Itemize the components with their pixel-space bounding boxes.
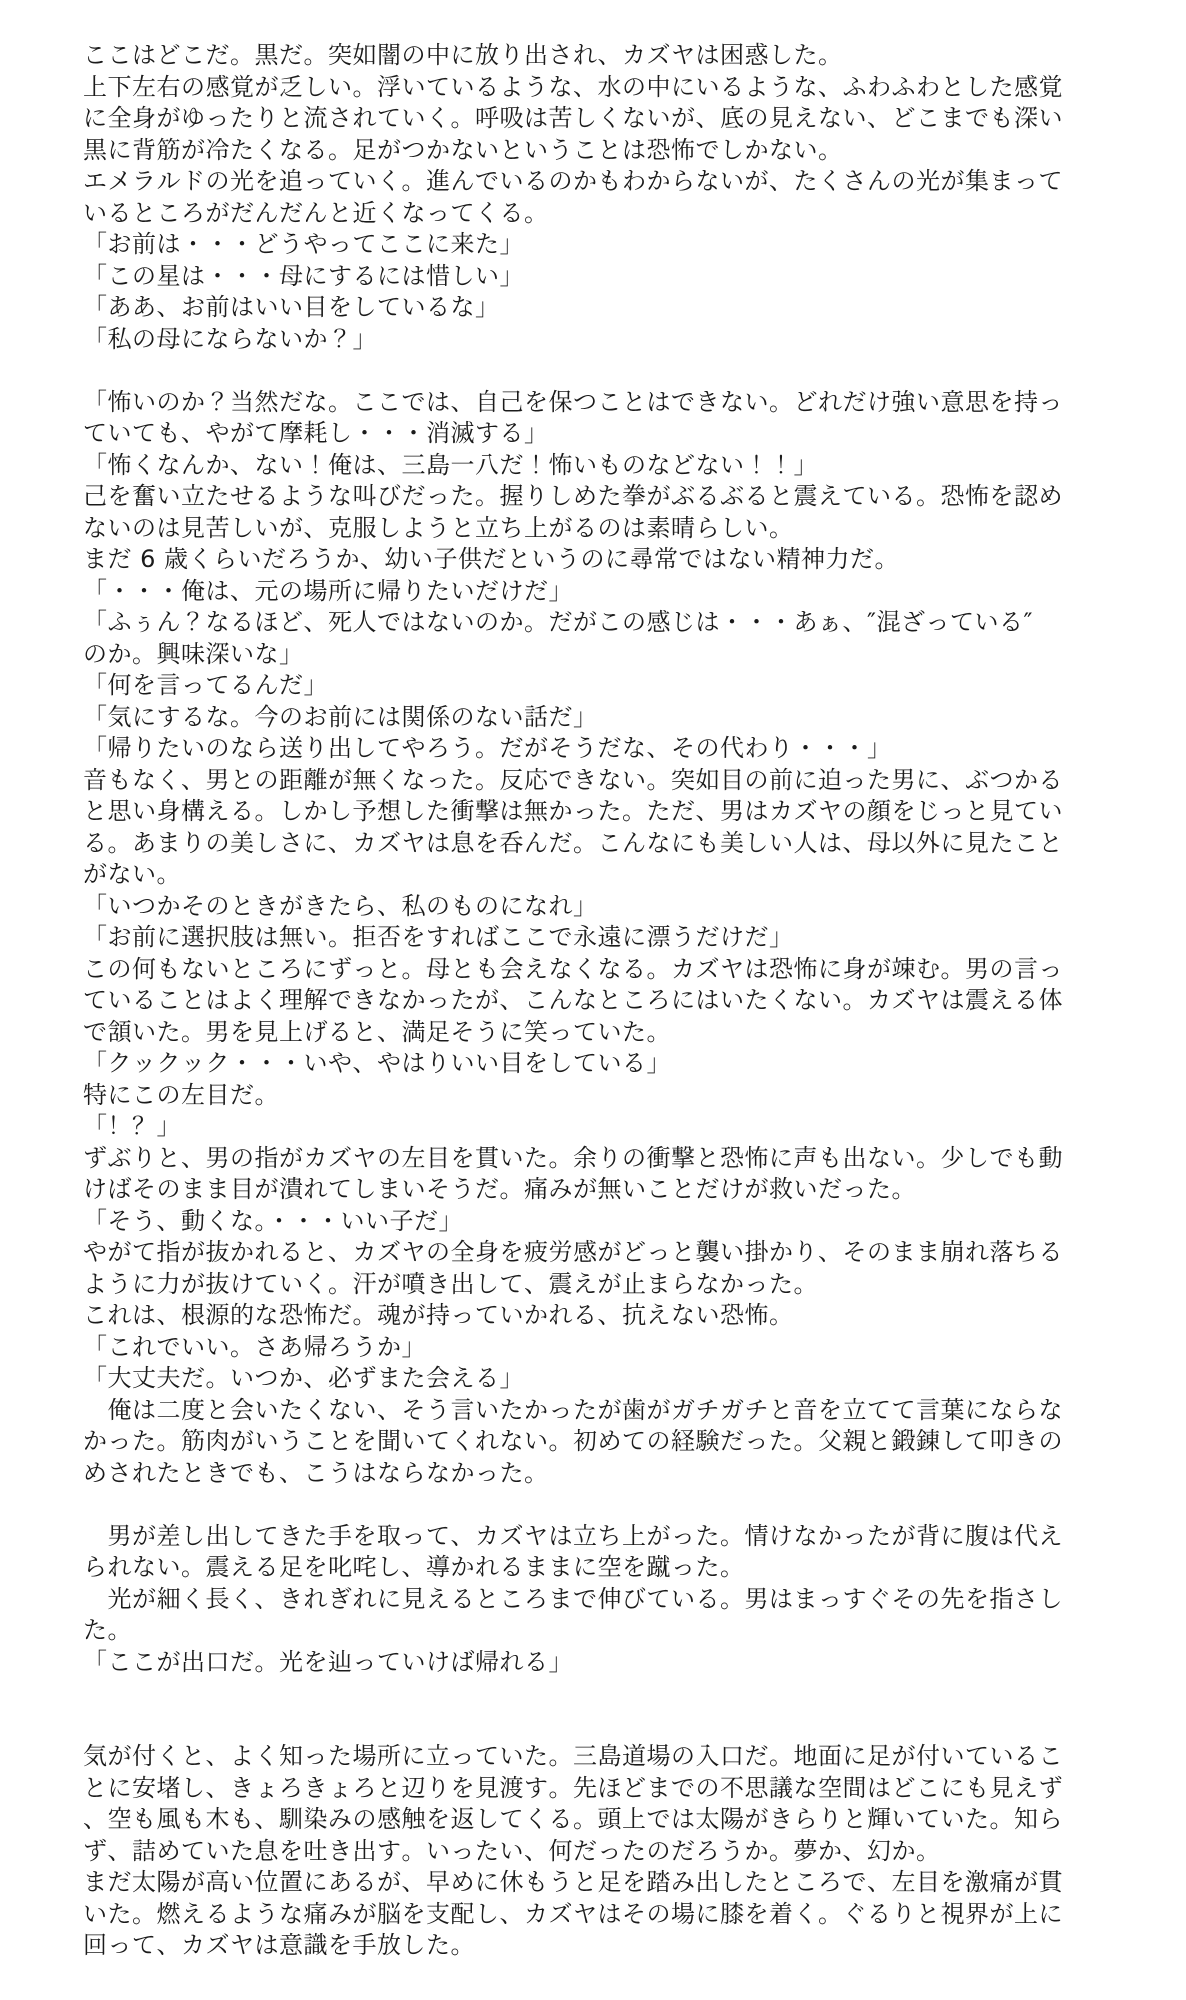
text-line: がない。 <box>83 859 1126 891</box>
text-line <box>83 1678 1126 1710</box>
text-line: まだ太陽が高い位置にあるが、早めに休もうと足を踏み出したところで、左目を激痛が貫 <box>83 1867 1126 1899</box>
text-line: これは、根源的な恐怖だ。魂が持っていかれる、抗えない恐怖。 <box>83 1300 1126 1332</box>
text-line: ここはどこだ。黒だ。突如闇の中に放り出され、カズヤは困惑した。 <box>83 40 1126 72</box>
text-line: 「ここが出口だ。光を辿っていけば帰れる」 <box>83 1647 1126 1679</box>
text-line: 「私の母にならないか？」 <box>83 324 1126 356</box>
text-line: ていても、やがて摩耗し・・・消滅する」 <box>83 418 1126 450</box>
text-line <box>83 1710 1126 1742</box>
text-line: 「クックック・・・いや、やはりいい目をしている」 <box>83 1048 1126 1080</box>
text-line: 「帰りたいのなら送り出してやろう。だがそうだな、その代わり・・・」 <box>83 733 1126 765</box>
text-line: 「何を言ってるんだ」 <box>83 670 1126 702</box>
text-line: 、空も風も木も、馴染みの感触を返してくる。頭上では太陽がきらりと輝いていた。知ら <box>83 1804 1126 1836</box>
text-line: と思い身構える。しかし予想した衝撃は無かった。ただ、男はカズヤの顔をじっと見てい <box>83 796 1126 828</box>
text-line: この何もないところにずっと。母とも会えなくなる。カズヤは恐怖に身が竦む。男の言っ <box>83 954 1126 986</box>
text-line: 己を奮い立たせるような叫びだった。握りしめた拳がぶるぶると震えている。恐怖を認め <box>83 481 1126 513</box>
text-line: 「ああ、お前はいい目をしているな」 <box>83 292 1126 324</box>
text-line: 「これでいい。さあ帰ろうか」 <box>83 1332 1126 1364</box>
text-line: 「・・・俺は、元の場所に帰りたいだけだ」 <box>83 576 1126 608</box>
text-line: 俺は二度と会いたくない、そう言いたかったが歯がガチガチと音を立てて言葉にならな <box>83 1395 1126 1427</box>
text-line: いた。燃えるような痛みが脳を支配し、カズヤはその場に膝を着く。ぐるりと視界が上に <box>83 1899 1126 1931</box>
text-line: まだ 6 歳くらいだろうか、幼い子供だというのに尋常ではない精神力だ。 <box>83 544 1126 576</box>
text-line: 「気にするな。今のお前には関係のない話だ」 <box>83 702 1126 734</box>
text-line: た。 <box>83 1615 1126 1647</box>
text-line: ないのは見苦しいが、克服しようと立ち上がるのは素晴らしい。 <box>83 513 1126 545</box>
text-line: 「ふぅん？なるほど、死人ではないのか。だがこの感じは・・・あぁ、″混ざっている″ <box>83 607 1126 639</box>
text-line: 「お前は・・・どうやってここに来た」 <box>83 229 1126 261</box>
text-line: けばそのまま目が潰れてしまいそうだ。痛みが無いことだけが救いだった。 <box>83 1174 1126 1206</box>
text-line: 回って、カズヤは意識を手放した。 <box>83 1930 1126 1962</box>
text-line: 「この星は・・・母にするには惜しい」 <box>83 261 1126 293</box>
text-line: 光が細く長く、きれぎれに見えるところまで伸びている。男はまっすぐその先を指さし <box>83 1584 1126 1616</box>
text-line: ずぶりと、男の指がカズヤの左目を貫いた。余りの衝撃と恐怖に声も出ない。少しでも動 <box>83 1143 1126 1175</box>
text-line: かった。筋肉がいうことを聞いてくれない。初めての経験だった。父親と鍛錬して叩きの <box>83 1426 1126 1458</box>
text-line: やがて指が抜かれると、カズヤの全身を疲労感がどっと襲い掛かり、そのまま崩れ落ちる <box>83 1237 1126 1269</box>
text-line: めされたときでも、こうはならなかった。 <box>83 1458 1126 1490</box>
text-line: 「怖くなんか、ない！俺は、三島一八だ！怖いものなどない！！」 <box>83 450 1126 482</box>
text-line: 「そう、動くな。・・・いい子だ」 <box>83 1206 1126 1238</box>
text-line: 黒に背筋が冷たくなる。足がつかないということは恐怖でしかない。 <box>83 135 1126 167</box>
text-line: る。あまりの美しさに、カズヤは息を呑んだ。こんなにも美しい人は、母以外に見たこと <box>83 828 1126 860</box>
text-line: ず、詰めていた息を吐き出す。いったい、何だったのだろうか。夢か、幻か。 <box>83 1836 1126 1868</box>
text-line: で頷いた。男を見上げると、満足そうに笑っていた。 <box>83 1017 1126 1049</box>
text-line <box>83 1489 1126 1521</box>
text-line: 音もなく、男との距離が無くなった。反応できない。突如目の前に迫った男に、ぶつかる <box>83 765 1126 797</box>
text-line: 気が付くと、よく知った場所に立っていた。三島道場の入口だ。地面に足が付いているこ <box>83 1741 1126 1773</box>
text-line: 「お前に選択肢は無い。拒否をすればここで永遠に漂うだけだ」 <box>83 922 1126 954</box>
text-line: 「いつかそのときがきたら、私のものになれ」 <box>83 891 1126 923</box>
text-line: られない。震える足を叱咤し、導かれるままに空を蹴った。 <box>83 1552 1126 1584</box>
text-line: に全身がゆったりと流されていく。呼吸は苦しくないが、底の見えない、どこまでも深い <box>83 103 1126 135</box>
text-line: 男が差し出してきた手を取って、カズヤは立ち上がった。情けなかったが背に腹は代え <box>83 1521 1126 1553</box>
text-line: いるところがだんだんと近くなってくる。 <box>83 198 1126 230</box>
document-page: ここはどこだ。黒だ。突如闇の中に放り出され、カズヤは困惑した。上下左右の感覚が乏… <box>0 0 1186 2000</box>
text-line: 「怖いのか？当然だな。ここでは、自己を保つことはできない。どれだけ強い意思を持っ <box>83 387 1126 419</box>
text-line: とに安堵し、きょろきょろと辺りを見渡す。先ほどまでの不思議な空間はどこにも見えず <box>83 1773 1126 1805</box>
text-line: 特にこの左目だ。 <box>83 1080 1126 1112</box>
text-line <box>83 355 1126 387</box>
text-line: ように力が抜けていく。汗が噴き出して、震えが止まらなかった。 <box>83 1269 1126 1301</box>
text-line: 「！？」 <box>83 1111 1126 1143</box>
text-line: ていることはよく理解できなかったが、こんなところにはいたくない。カズヤは震える体 <box>83 985 1126 1017</box>
text-line: 上下左右の感覚が乏しい。浮いているような、水の中にいるような、ふわふわとした感覚 <box>83 72 1126 104</box>
text-line: のか。興味深いな」 <box>83 639 1126 671</box>
text-content: ここはどこだ。黒だ。突如闇の中に放り出され、カズヤは困惑した。上下左右の感覚が乏… <box>83 40 1126 1962</box>
text-line: エメラルドの光を追っていく。進んでいるのかもわからないが、たくさんの光が集まって <box>83 166 1126 198</box>
text-line: 「大丈夫だ。いつか、必ずまた会える」 <box>83 1363 1126 1395</box>
